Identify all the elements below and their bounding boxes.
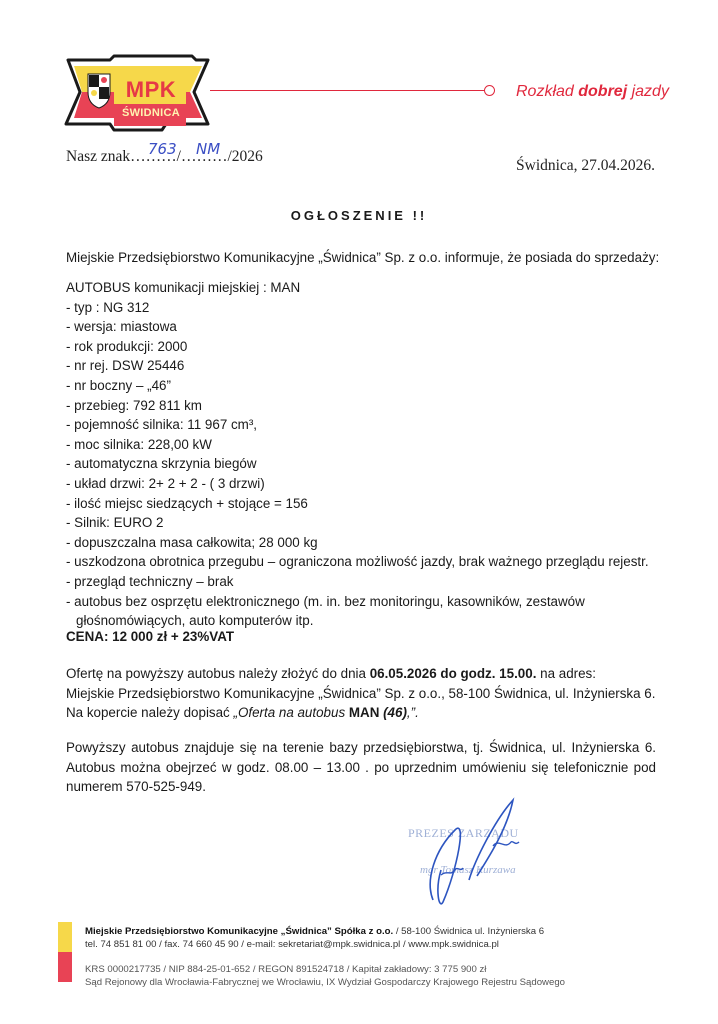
spec-items: - typ : NG 312- wersja: miastowa- rok pr… bbox=[66, 298, 649, 612]
offer-line-1: Ofertę na powyższy autobus należy złożyć… bbox=[66, 664, 655, 684]
page-title: OGŁOSZENIE !! bbox=[0, 208, 718, 223]
handwritten-initials: NM bbox=[196, 140, 220, 158]
offer-paragraph: Ofertę na powyższy autobus należy złożyć… bbox=[66, 664, 655, 723]
tagline-bold: dobrej bbox=[578, 83, 627, 100]
offer-line-3: Na kopercie należy dopisać „Oferta na au… bbox=[66, 703, 655, 723]
footer-company-info: Miejskie Przedsiębiorstwo Komunikacyjne … bbox=[85, 925, 544, 951]
reference-number: Nasz znak………/………/2026 763 NM bbox=[66, 148, 263, 166]
envelope-prefix: Na kopercie należy dopisać bbox=[66, 705, 233, 720]
spec-item: - przebieg: 792 811 km bbox=[66, 396, 649, 416]
offer-deadline: 06.05.2026 do godz. 15.00. bbox=[370, 666, 537, 681]
footer-court: Sąd Rejonowy dla Wrocławia-Fabrycznej we… bbox=[85, 976, 565, 989]
logo-name: MPK bbox=[120, 77, 182, 103]
footer-registry-info: KRS 0000217735 / NIP 884-25-01-652 / REG… bbox=[85, 963, 565, 989]
handwritten-number: 763 bbox=[148, 140, 177, 158]
spec-item: - wersja: miastowa bbox=[66, 317, 649, 337]
logo-city: ŚWIDNICA bbox=[118, 107, 184, 119]
spec-item: - typ : NG 312 bbox=[66, 298, 649, 318]
tagline: Rozkład dobrej jazdy bbox=[516, 83, 669, 101]
reference-label: Nasz znak bbox=[66, 148, 130, 165]
offer-deadline-prefix: Ofertę na powyższy autobus należy złożyć… bbox=[66, 666, 370, 681]
tagline-prefix: Rozkład bbox=[516, 83, 578, 100]
footer-company-name: Miejskie Przedsiębiorstwo Komunikacyjne … bbox=[85, 926, 393, 937]
spec-item: - automatyczna skrzynia biegów bbox=[66, 454, 649, 474]
spec-item: - autobus bez osprzętu elektronicznego (… bbox=[66, 592, 649, 612]
spec-heading: AUTOBUS komunikacji miejskiej : MAN bbox=[66, 278, 649, 298]
spec-item: - Silnik: EURO 2 bbox=[66, 513, 649, 533]
location-paragraph: Powyższy autobus znajduje się na terenie… bbox=[66, 738, 656, 797]
spec-item: - ilość miejsc siedzących + stojące = 15… bbox=[66, 494, 649, 514]
header-circle-icon bbox=[484, 85, 495, 96]
spec-item: - układ drzwi: 2+ 2 + 2 - ( 3 drzwi) bbox=[66, 474, 649, 494]
header-divider-line bbox=[210, 90, 485, 91]
footer-contact: tel. 74 851 81 00 / fax. 74 660 45 90 / … bbox=[85, 938, 544, 951]
price: CENA: 12 000 zł + 23%VAT bbox=[66, 627, 234, 647]
spec-item: - rok produkcji: 2000 bbox=[66, 337, 649, 357]
spec-item: - nr rej. DSW 25446 bbox=[66, 356, 649, 376]
spec-item: - nr boczny – „46” bbox=[66, 376, 649, 396]
footer-red-bar bbox=[58, 952, 72, 982]
reference-year: /2026 bbox=[227, 148, 262, 165]
spec-item: - uszkodzona obrotnica przegubu – ograni… bbox=[66, 552, 649, 572]
mpk-logo: MPK ŚWIDNICA bbox=[62, 52, 212, 134]
offer-deadline-suffix: na adres: bbox=[536, 666, 596, 681]
spec-item: - pojemność silnika: 11 967 cm³, bbox=[66, 415, 649, 435]
envelope-suffix: ,”. bbox=[407, 705, 419, 720]
intro-paragraph: Miejskie Przedsiębiorstwo Komunikacyjne … bbox=[66, 248, 659, 268]
footer-company-line: Miejskie Przedsiębiorstwo Komunikacyjne … bbox=[85, 925, 544, 938]
spec-item: - moc silnika: 228,00 kW bbox=[66, 435, 649, 455]
footer-yellow-bar bbox=[58, 922, 72, 952]
tagline-suffix: jazdy bbox=[627, 83, 669, 100]
spec-item: - przegląd techniczny – brak bbox=[66, 572, 649, 592]
date-line: Świdnica, 27.04.2026. bbox=[516, 157, 655, 175]
footer-address: / 58-100 Świdnica ul. Inżynierska 6 bbox=[393, 926, 544, 937]
envelope-brand: MAN bbox=[349, 705, 380, 720]
footer-registry: KRS 0000217735 / NIP 884-25-01-652 / REG… bbox=[85, 963, 565, 976]
spec-item: - dopuszczalna masa całkowita; 28 000 kg bbox=[66, 533, 649, 553]
offer-line-2: Miejskie Przedsiębiorstwo Komunikacyjne … bbox=[66, 684, 655, 704]
envelope-number: (46) bbox=[379, 705, 407, 720]
vehicle-spec-list: AUTOBUS komunikacji miejskiej : MAN - ty… bbox=[66, 278, 649, 631]
envelope-label: „Oferta na autobus bbox=[233, 705, 348, 720]
signature-icon bbox=[395, 790, 565, 915]
